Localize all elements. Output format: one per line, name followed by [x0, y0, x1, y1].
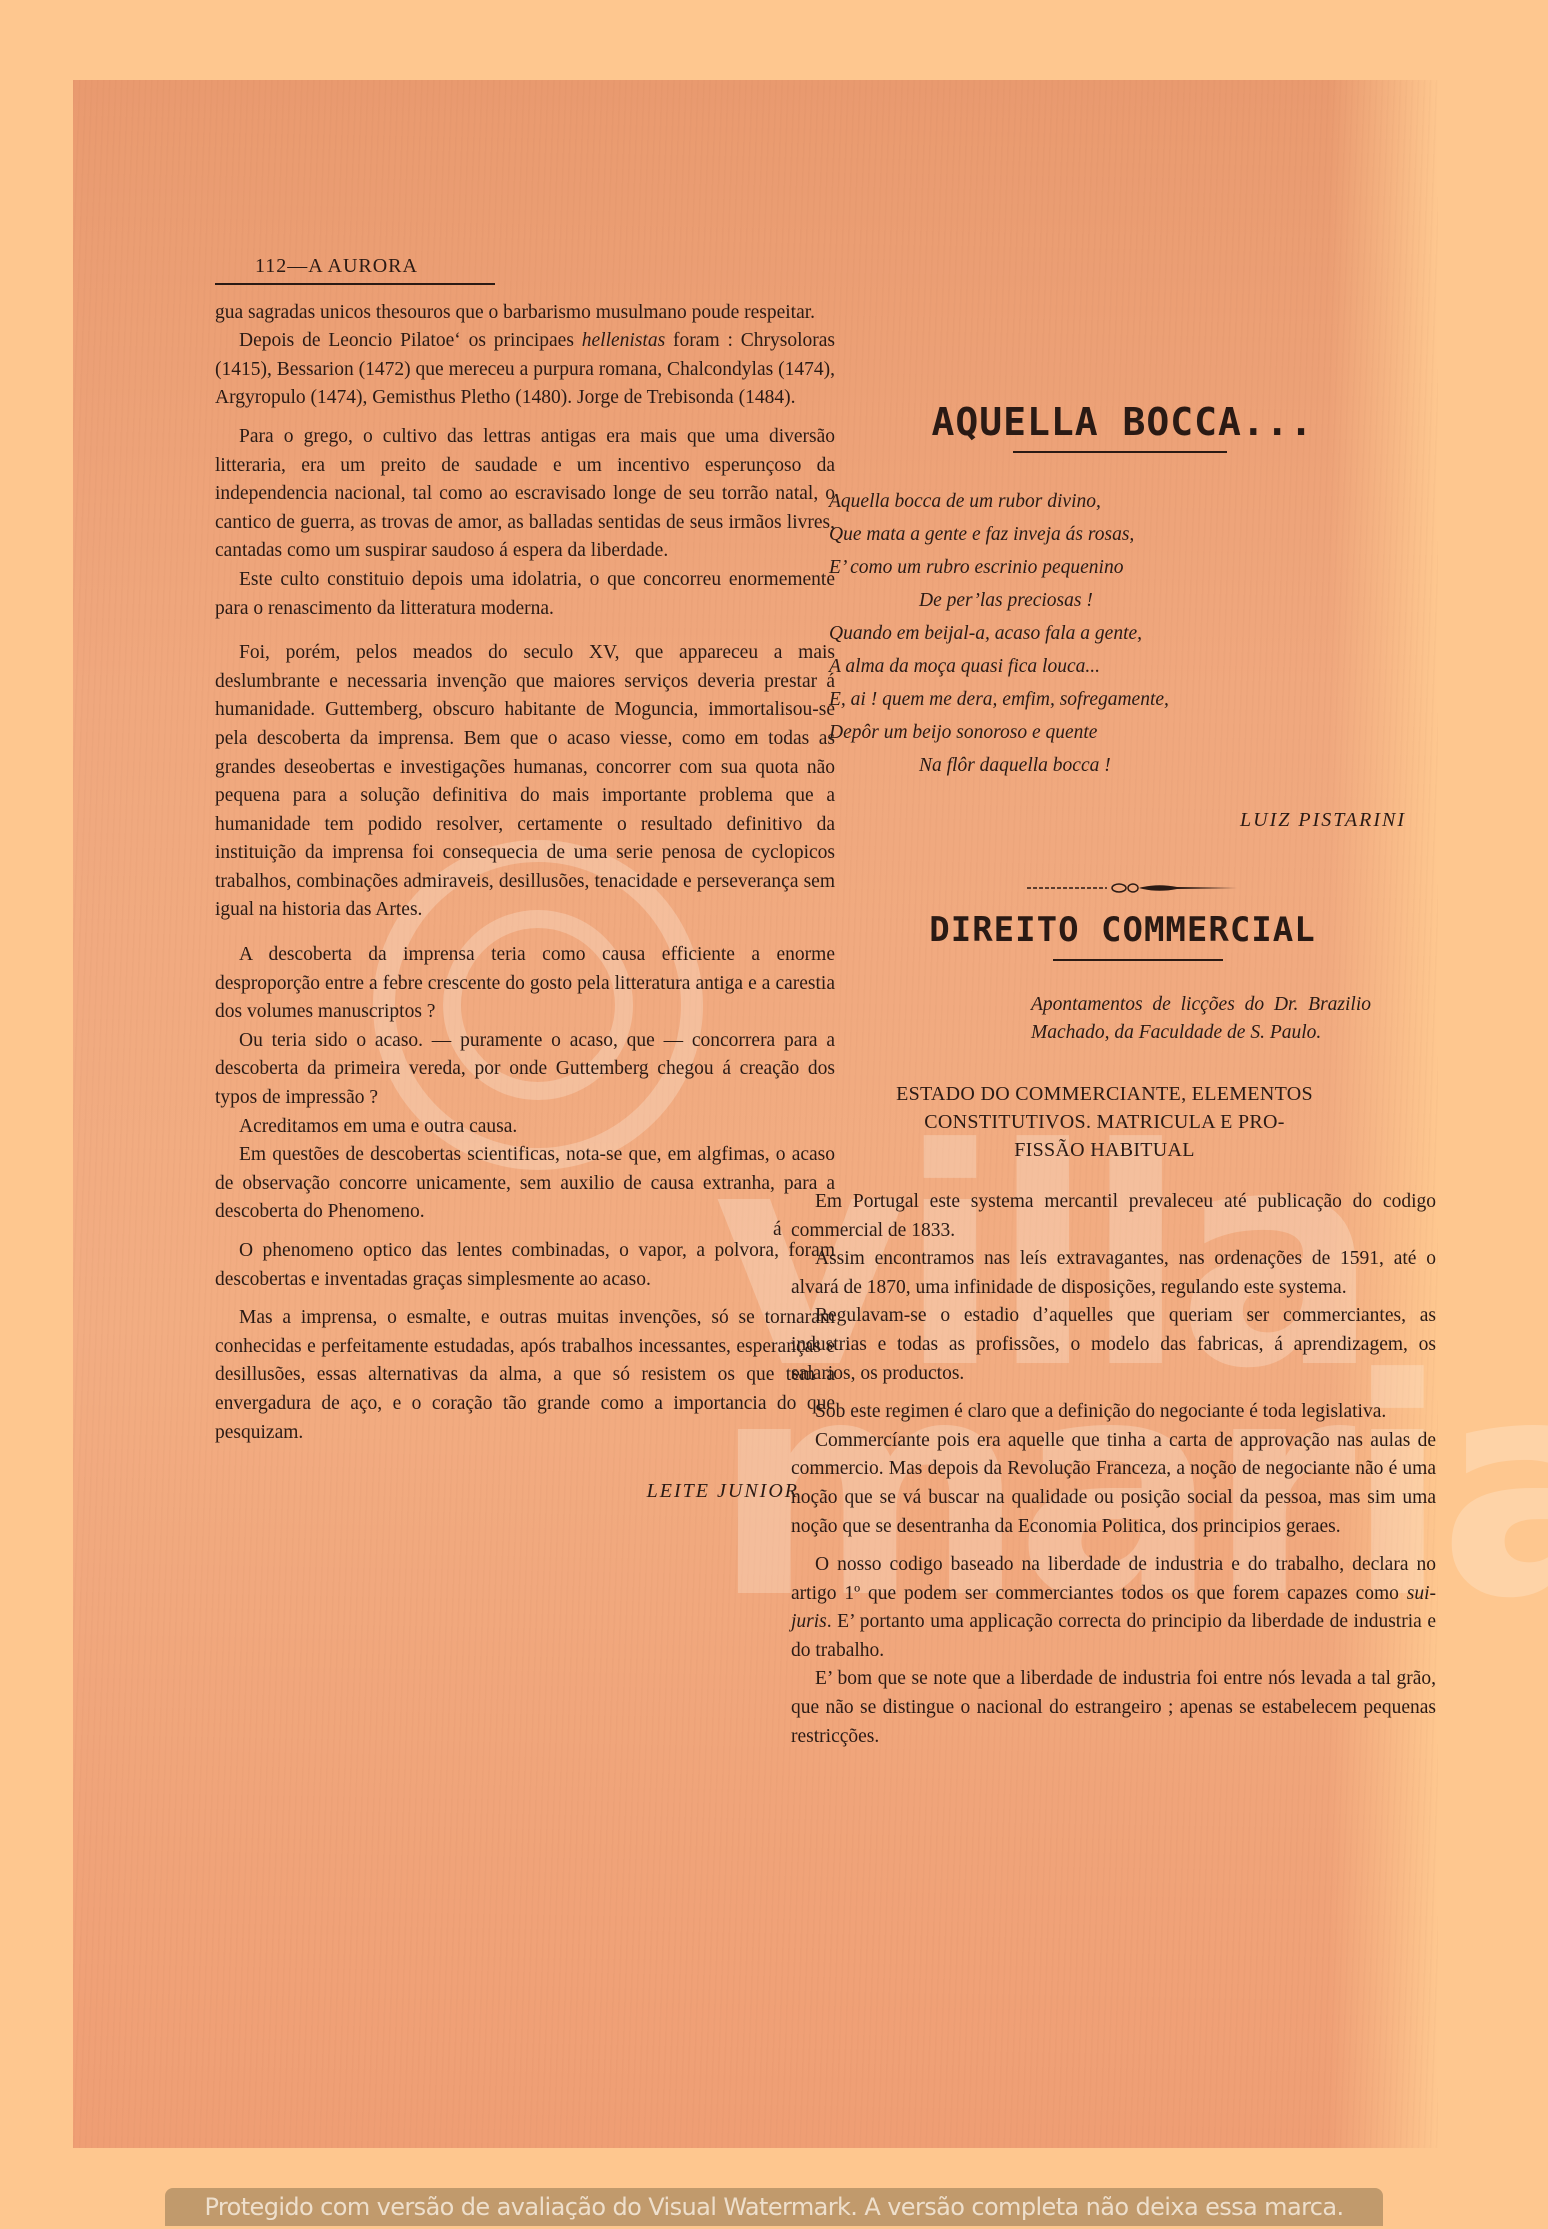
left-column: 112—A AURORA gua sagradas unicos thesour… [215, 252, 835, 1506]
article-byline: Apontamentos de licções do Dr. Brazilio … [1031, 991, 1371, 1048]
title-divider [1013, 451, 1227, 453]
poem-body: Aquella bocca de um rubor divino, Que ma… [791, 485, 1436, 782]
poem-line: E’ como um rubro escrinio pequenino [829, 551, 1436, 584]
article-signature: LEITE JUNIOR [215, 1477, 835, 1506]
paragraph: Commercíante pois era aquelle que tinha … [791, 1427, 1436, 1541]
subheading-line: ESTADO DO COMMERCIANTE, ELEMENTOS [791, 1080, 1418, 1108]
subheading-line: FISSÃO HABITUAL [791, 1136, 1418, 1164]
subheading-line: CONSTITUTIVOS. MATRICULA E PRO- [791, 1108, 1418, 1136]
poem-title: AQUELLA BOCCA... [809, 408, 1436, 437]
article-body: á Em Portugal este systema mercantil pre… [791, 1188, 1436, 1751]
poem-line: Quando em beijal-a, acaso fala a gente, [829, 617, 1436, 650]
ornament-divider-icon [1027, 876, 1237, 890]
poem-line: De per’las preciosas ! [829, 584, 1436, 617]
poem-line: Aquella bocca de um rubor divino, [829, 485, 1436, 518]
paragraph: Ou teria sido o acaso. — puramente o aca… [215, 1027, 835, 1113]
paragraph: Foi, porém, pelos meados do seculo XV, q… [215, 639, 835, 925]
paragraph: Acreditamos em uma e outra causa. [215, 1113, 835, 1142]
poem-line: A alma da moça quasi fica louca... [829, 650, 1436, 683]
right-column: AQUELLA BOCCA... Aquella bocca de um rub… [791, 252, 1436, 1751]
paragraph: Mas a imprensa, o esmalte, e outras muit… [215, 1304, 835, 1447]
running-head: 112—A AURORA [215, 252, 495, 285]
paragraph: gua sagradas unicos thesouros que o barb… [215, 299, 835, 328]
paragraph: A descoberta da imprensa teria como caus… [215, 941, 835, 1027]
poem-line: Depôr um beijo sonoroso e quente [829, 716, 1436, 749]
paragraph: Este culto constituio depois uma idolatr… [215, 566, 835, 623]
poem-author: LUIZ PISTARINI [791, 806, 1436, 835]
poem-line: Na flôr daquella bocca ! [829, 749, 1436, 782]
article-title: DIREITO COMMERCIAL [809, 916, 1436, 945]
paragraph: Sob este regimen é claro que a definição… [791, 1398, 1436, 1427]
paragraph: Regulavam-se o estadio d’aquelles que qu… [791, 1302, 1436, 1388]
paragraph: Para o grego, o cultivo das lettras anti… [215, 423, 835, 566]
poem-line: E, ai ! quem me dera, emfim, sofregament… [829, 683, 1436, 716]
stray-print-mark: á [773, 1216, 782, 1245]
scanned-page: villa maria 112—A AURORA gua sagradas un… [73, 80, 1438, 2148]
paragraph: O nosso codigo baseado na liberdade de i… [791, 1551, 1436, 1665]
article-subheading: ESTADO DO COMMERCIANTE, ELEMENTOS CONSTI… [791, 1080, 1436, 1164]
title-divider [1053, 959, 1223, 961]
paragraph: Assim encontramos nas leís extravagantes… [791, 1245, 1436, 1302]
paragraph: O phenomeno optico das lentes combinadas… [215, 1237, 835, 1294]
paragraph: Em questões de descobertas scientificas,… [215, 1141, 835, 1227]
paragraph: Depois de Leoncio Pilatoe‘ os principaes… [215, 327, 835, 413]
paragraph: Em Portugal este systema mercantil preva… [791, 1188, 1436, 1245]
poem-line: Que mata a gente e faz inveja ás rosas, [829, 518, 1436, 551]
evaluation-watermark-banner: Protegido com versão de avaliação do Vis… [165, 2188, 1383, 2226]
paragraph: E’ bom que se note que a liberdade de in… [791, 1665, 1436, 1751]
